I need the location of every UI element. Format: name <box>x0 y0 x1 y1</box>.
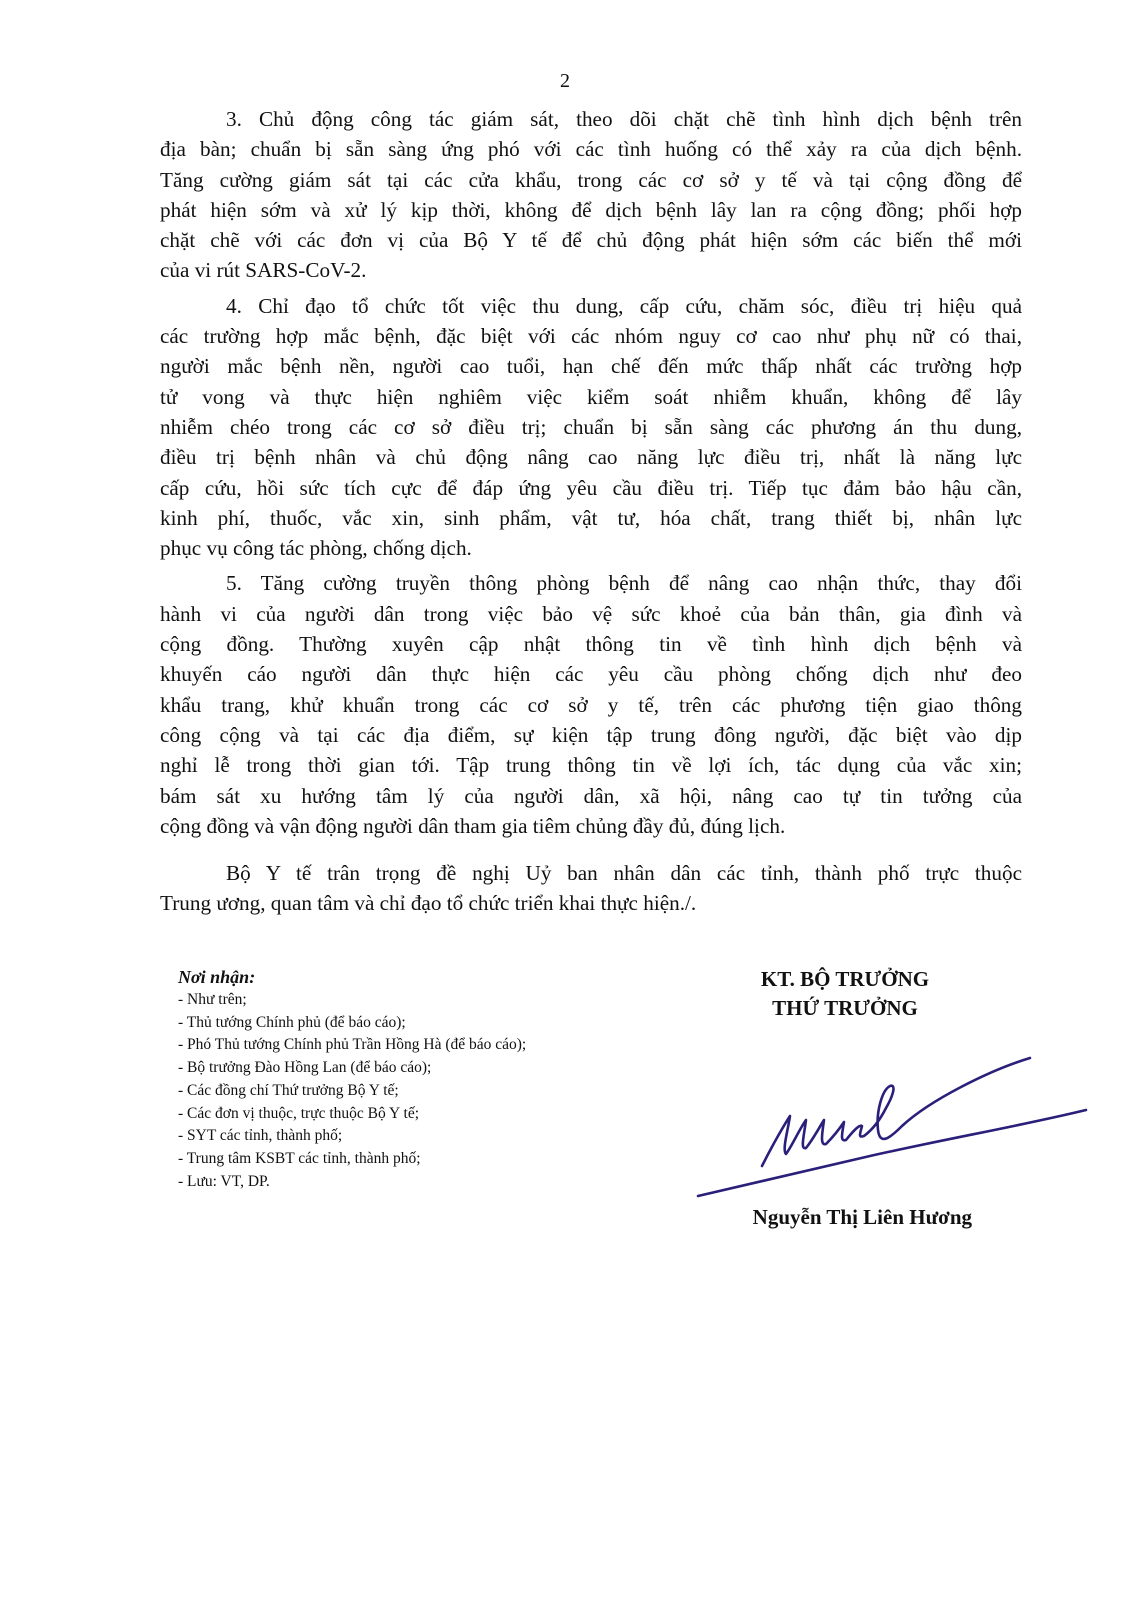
text-line: khuyến cáo người dân thực hiện các yêu c… <box>160 659 1022 689</box>
text-line: người mắc bệnh nền, người cao tuổi, hạn … <box>160 351 1022 381</box>
text-line: Tăng cường giám sát tại các cửa khẩu, tr… <box>160 165 1022 195</box>
recipient-item: - Như trên; <box>178 989 526 1012</box>
recipients-title: Nơi nhận: <box>178 965 526 989</box>
text-line: các trường hợp mắc bệnh, đặc biệt với cá… <box>160 321 1022 351</box>
signature-title-line2: THỨ TRƯỞNG <box>700 994 990 1023</box>
text-line: 5. Tăng cường truyền thông phòng bệnh để… <box>160 568 1022 598</box>
text-line: cấp cứu, hồi sức tích cực để đáp ứng yêu… <box>160 473 1022 503</box>
text-line: nghỉ lễ trong thời gian tới. Tập trung t… <box>160 750 1022 780</box>
recipient-item: - Bộ trưởng Đào Hồng Lan (để báo cáo); <box>178 1057 526 1080</box>
closing-paragraph: Bộ Y tế trân trọng đề nghị Uỷ ban nhân d… <box>160 858 1022 919</box>
recipient-item: - Các đơn vị thuộc, trực thuộc Bộ Y tế; <box>178 1103 526 1126</box>
recipient-item: - Thủ tướng Chính phủ (để báo cáo); <box>178 1012 526 1035</box>
recipient-item: - Phó Thủ tướng Chính phủ Trần Hồng Hà (… <box>178 1034 526 1057</box>
text-line: khẩu trang, khử khuẩn trong các cơ sở y … <box>160 690 1022 720</box>
text-line: công cộng và tại các địa điểm, sự kiện t… <box>160 720 1022 750</box>
text-line: hành vi của người dân trong việc bảo vệ … <box>160 599 1022 629</box>
recipient-item: - SYT các tỉnh, thành phố; <box>178 1125 526 1148</box>
text-line: 3. Chủ động công tác giám sát, theo dõi … <box>160 104 1022 134</box>
recipient-item: - Các đồng chí Thứ trưởng Bộ Y tế; <box>178 1080 526 1103</box>
signature-block: KT. BỘ TRƯỞNG THỨ TRƯỞNG <box>700 965 990 1023</box>
signer-name: Nguyễn Thị Liên Hương <box>700 1205 972 1230</box>
text-line: phục vụ công tác phòng, chống dịch. <box>160 533 1022 563</box>
text-line: chặt chẽ với các đơn vị của Bộ Y tế để c… <box>160 225 1022 255</box>
text-line: tử vong và thực hiện nghiêm việc kiểm so… <box>160 382 1022 412</box>
text-line: nhiễm chéo trong các cơ sở điều trị; chu… <box>160 412 1022 442</box>
text-line: địa bàn; chuẩn bị sẵn sàng ứng phó với c… <box>160 134 1022 164</box>
text-line: Bộ Y tế trân trọng đề nghị Uỷ ban nhân d… <box>160 858 1022 888</box>
document-body: 3. Chủ động công tác giám sát, theo dõi … <box>160 104 1022 846</box>
text-line: điều trị bệnh nhân và chủ động nâng cao … <box>160 442 1022 472</box>
text-line: Trung ương, quan tâm và chỉ đạo tổ chức … <box>160 888 1022 918</box>
recipients-list: - Như trên;- Thủ tướng Chính phủ (để báo… <box>178 989 526 1193</box>
recipients-block: Nơi nhận: - Như trên;- Thủ tướng Chính p… <box>178 965 526 1193</box>
text-line: phát hiện sớm và xử lý kịp thời, không đ… <box>160 195 1022 225</box>
text-line: cộng đồng. Thường xuyên cập nhật thông t… <box>160 629 1022 659</box>
recipient-item: - Lưu: VT, DP. <box>178 1171 526 1194</box>
text-line: kinh phí, thuốc, vắc xin, sinh phẩm, vật… <box>160 503 1022 533</box>
signature-title-line1: KT. BỘ TRƯỞNG <box>700 965 990 994</box>
text-line: cộng đồng và vận động người dân tham gia… <box>160 811 1022 841</box>
paragraph-item-4: 4. Chỉ đạo tổ chức tốt việc thu dung, cấ… <box>160 291 1022 564</box>
text-line: bám sát xu hướng tâm lý của người dân, x… <box>160 781 1022 811</box>
page-number: 2 <box>0 70 1130 93</box>
paragraph-item-3: 3. Chủ động công tác giám sát, theo dõi … <box>160 104 1022 286</box>
text-line: của vi rút SARS-CoV-2. <box>160 255 1022 285</box>
text-line: 4. Chỉ đạo tổ chức tốt việc thu dung, cấ… <box>160 291 1022 321</box>
paragraph-item-5: 5. Tăng cường truyền thông phòng bệnh để… <box>160 568 1022 841</box>
recipient-item: - Trung tâm KSBT các tỉnh, thành phố; <box>178 1148 526 1171</box>
handwritten-signature <box>690 1050 1090 1210</box>
